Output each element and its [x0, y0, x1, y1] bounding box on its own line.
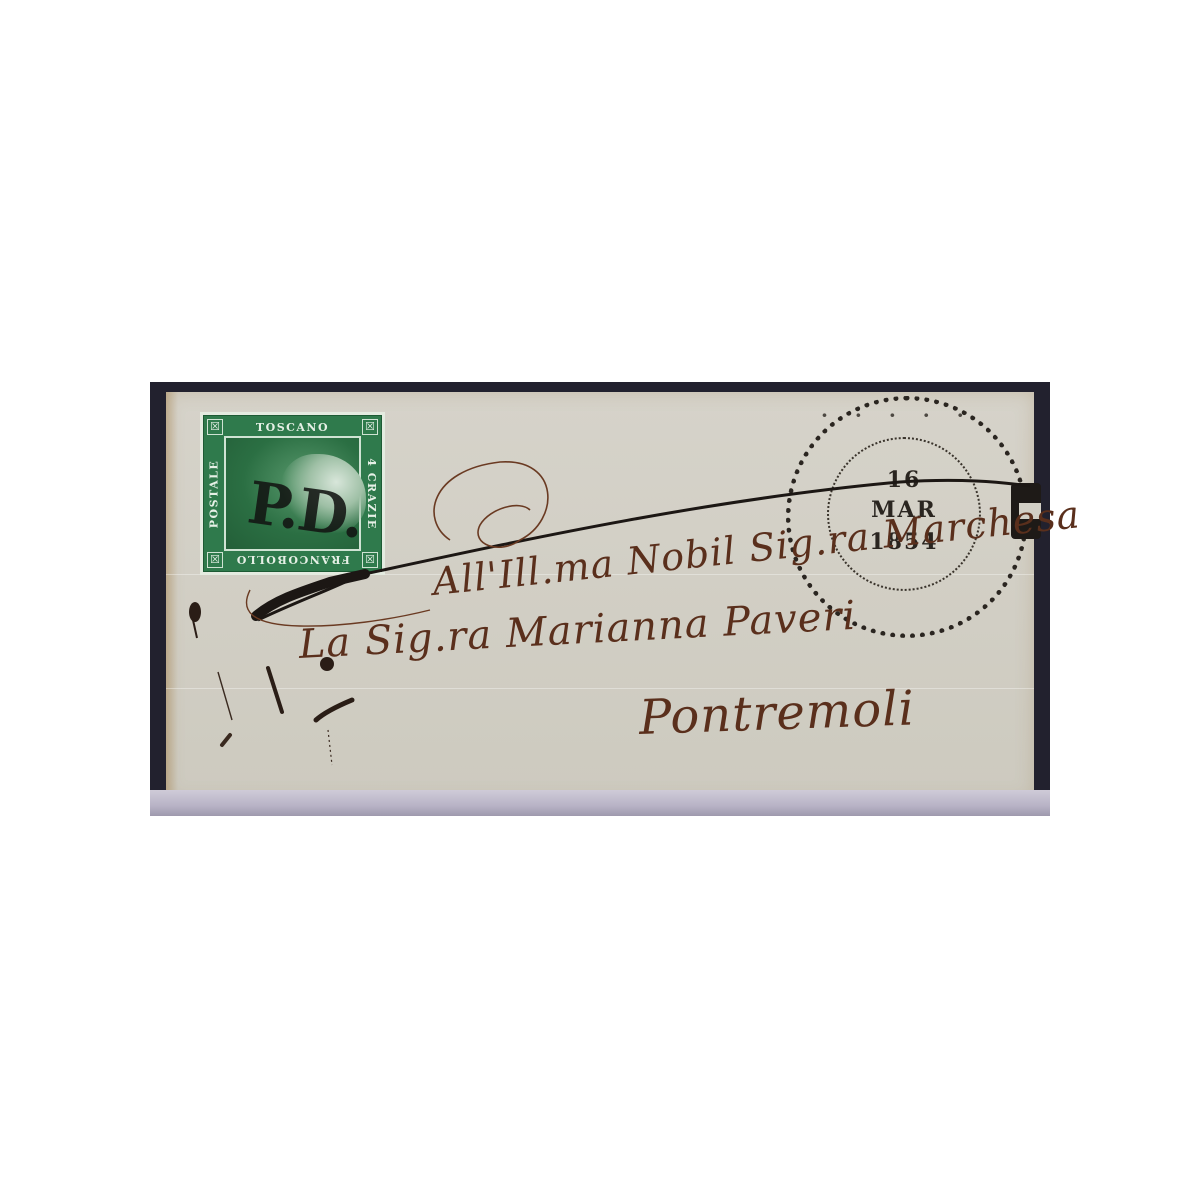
address-line-3-destination: Pontremoli	[638, 680, 916, 746]
postmark-town: · · · · ·	[821, 403, 974, 427]
stamp-design: ☒ ☒ ☒ ☒ TOSCANO FRANCOBOLLO POSTALE 4 CR…	[203, 415, 382, 572]
stamp-left-inscription: POSTALE	[208, 459, 221, 528]
postmark-day: 16	[829, 467, 979, 493]
stamp-right-inscription: 4 CRAZIE	[365, 458, 378, 529]
stamp-bottom-inscription: FRANCOBOLLO	[204, 553, 381, 566]
stamp-top-inscription: TOSCANO	[204, 421, 381, 434]
pd-cancellation-mark: P.D.	[244, 468, 367, 551]
protective-sleeve-edge	[150, 790, 1050, 816]
postage-stamp: ☒ ☒ ☒ ☒ TOSCANO FRANCOBOLLO POSTALE 4 CR…	[200, 412, 385, 575]
stamp-center-panel: P.D.	[224, 436, 361, 551]
